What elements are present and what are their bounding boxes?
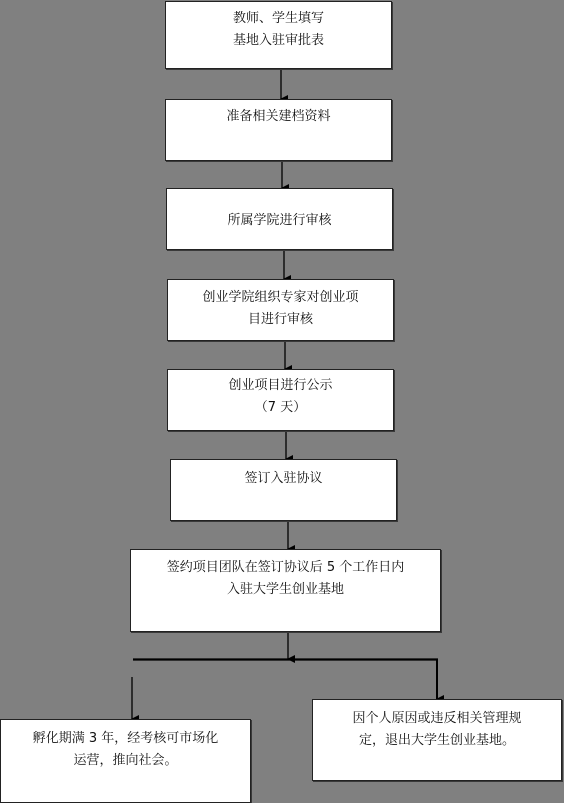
step-7-line-1: 签约项目团队在签订协议后 5 个工作日内	[131, 557, 440, 579]
step-5-line-2: （7 天）	[168, 397, 393, 419]
step-box-6: 签订入驻协议	[170, 459, 397, 521]
step-3-line-1: 所属学院进行审核	[167, 210, 392, 232]
outcome-box-left: 孵化期满 3 年，经考核可市场化 运营，推向社会。	[0, 719, 251, 803]
step-box-2: 准备相关建档资料	[165, 99, 392, 161]
outcome-right-line-2: 定，退出大学生创业基地。	[313, 730, 561, 752]
step-box-1: 教师、学生填写 基地入驻审批表	[165, 1, 392, 69]
step-5-line-1: 创业项目进行公示	[168, 375, 393, 397]
step-box-3: 所属学院进行审核	[166, 188, 393, 250]
step-4-line-2: 目进行审核	[168, 309, 393, 331]
step-box-7: 签约项目团队在签订协议后 5 个工作日内 入驻大学生创业基地	[130, 549, 441, 632]
step-box-5: 创业项目进行公示 （7 天）	[167, 369, 394, 431]
step-7-line-2: 入驻大学生创业基地	[131, 579, 440, 601]
outcome-left-line-2: 运营，推向社会。	[1, 750, 250, 772]
step-2-line-1: 准备相关建档资料	[166, 106, 391, 128]
step-1-line-1: 教师、学生填写	[166, 8, 391, 30]
step-4-line-1: 创业学院组织专家对创业项	[168, 287, 393, 309]
outcome-left-line-1: 孵化期满 3 年，经考核可市场化	[1, 728, 250, 750]
outcome-box-right: 因个人原因或违反相关管理规 定，退出大学生创业基地。	[312, 699, 562, 781]
outcome-right-line-1: 因个人原因或违反相关管理规	[313, 708, 561, 730]
step-1-line-2: 基地入驻审批表	[166, 30, 391, 52]
step-box-4: 创业学院组织专家对创业项 目进行审核	[167, 279, 394, 341]
step-6-line-1: 签订入驻协议	[171, 468, 396, 490]
